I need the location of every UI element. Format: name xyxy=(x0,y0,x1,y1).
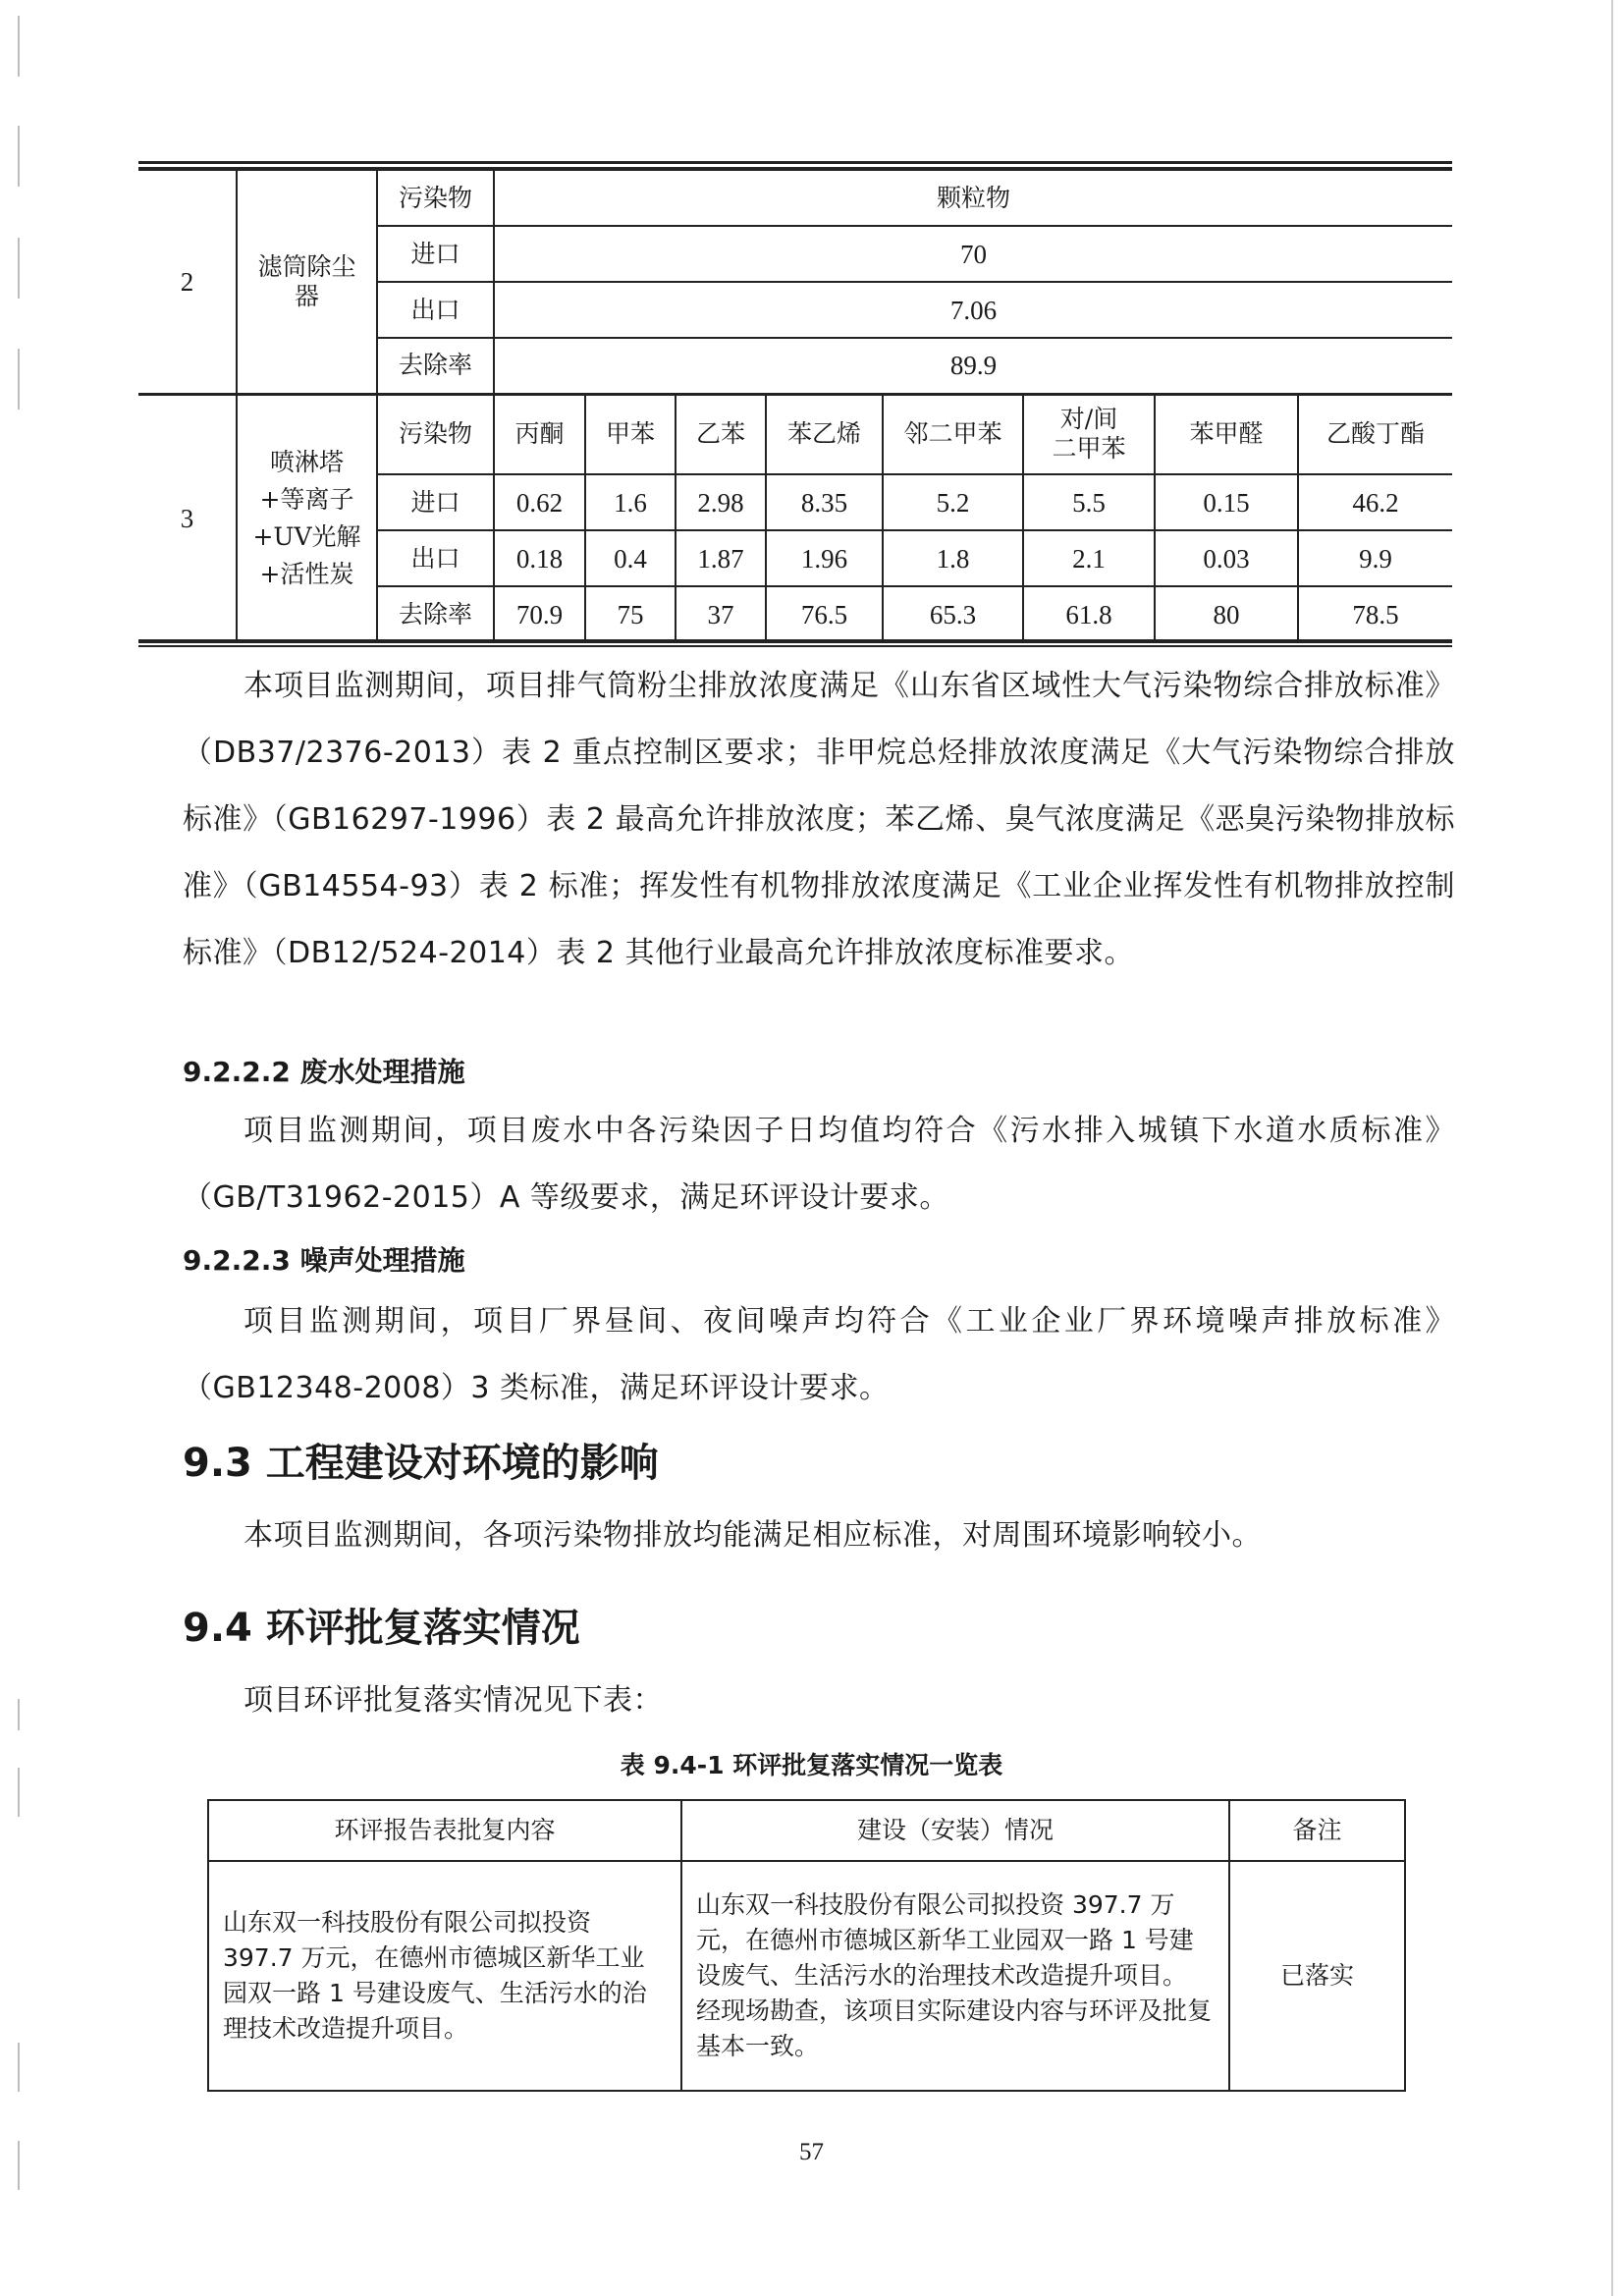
inlet-value: 5.5 xyxy=(1023,474,1155,530)
pollutant-name: 对/间二甲苯 xyxy=(1023,394,1155,474)
pollutant-name: 苯乙烯 xyxy=(766,394,883,474)
outlet-value: 2.1 xyxy=(1023,530,1155,586)
inlet-value: 0.15 xyxy=(1155,474,1298,530)
scan-edge-mark xyxy=(18,1699,20,1730)
removal-rate-value: 76.5 xyxy=(766,586,883,642)
device-name: 滤筒除尘器 xyxy=(237,170,377,394)
pollutant-name: 邻二甲苯 xyxy=(883,394,1023,474)
table-header-row: 环评报告表批复内容 建设（安装）情况 备注 xyxy=(208,1800,1405,1861)
inlet-value: 70 xyxy=(494,226,1452,282)
row-label: 污染物 xyxy=(377,170,494,226)
row-label: 进口 xyxy=(377,226,494,282)
row-number: 3 xyxy=(138,394,237,642)
outlet-value: 0.4 xyxy=(585,530,676,586)
environment-impact-paragraph: 本项目监测期间，各项污染物排放均能满足相应标准，对周围环境影响较小。 xyxy=(183,1503,1455,1569)
outlet-value: 1.96 xyxy=(766,530,883,586)
pollutant-name: 乙苯 xyxy=(676,394,766,474)
row-label: 去除率 xyxy=(377,586,494,642)
pollutant-name: 苯甲醛 xyxy=(1155,394,1298,474)
outlet-value: 0.03 xyxy=(1155,530,1298,586)
scan-edge-mark xyxy=(18,126,20,187)
scan-right-edge xyxy=(1611,0,1613,2296)
column-header: 环评报告表批复内容 xyxy=(208,1800,681,1861)
removal-rate-value: 80 xyxy=(1155,586,1298,642)
wastewater-paragraph: 项目监测期间，项目废水中各污染因子日均值均符合《污水排入城镇下水道水质标准》（G… xyxy=(183,1098,1455,1231)
row-label: 出口 xyxy=(377,530,494,586)
inlet-value: 8.35 xyxy=(766,474,883,530)
construction-status-text: 山东双一科技股份有限公司拟投资 397.7 万元，在德州市德城区新华工业园双一路… xyxy=(696,1887,1215,1994)
section-heading-9222: 9.2.2.2 废水处理措施 xyxy=(183,1051,465,1090)
table-top-double-rule xyxy=(138,161,1452,169)
table-bottom-double-rule xyxy=(138,639,1452,647)
approval-intro-paragraph: 项目环评批复落实情况见下表： xyxy=(183,1667,1455,1734)
approval-implementation-table: 环评报告表批复内容 建设（安装）情况 备注 山东双一科技股份有限公司拟投资 39… xyxy=(207,1799,1406,2092)
removal-rate-value: 70.9 xyxy=(494,586,585,642)
outlet-value: 9.9 xyxy=(1298,530,1452,586)
note-status: 已落实 xyxy=(1229,1861,1405,2091)
inlet-value: 1.6 xyxy=(585,474,676,530)
removal-rate-value: 89.9 xyxy=(494,338,1452,394)
pollutant-name: 颗粒物 xyxy=(494,170,1452,226)
exhaust-compliance-paragraph: 本项目监测期间，项目排气筒粉尘排放浓度满足《山东省区域性大气污染物综合排放标准》… xyxy=(183,653,1455,987)
outlet-value: 0.18 xyxy=(494,530,585,586)
construction-status-text: 经现场勘查，该项目实际建设内容与环评及批复基本一致。 xyxy=(696,1994,1215,2064)
removal-rate-value: 37 xyxy=(676,586,766,642)
inlet-value: 0.62 xyxy=(494,474,585,530)
pollutant-name: 甲苯 xyxy=(585,394,676,474)
table-row: 3 喷淋塔+等离子+UV光解+活性炭 污染物 丙酮 甲苯 乙苯 苯乙烯 邻二甲苯… xyxy=(138,394,1452,474)
approval-content: 山东双一科技股份有限公司拟投资 397.7 万元，在德州市德城区新华工业园双一路… xyxy=(208,1861,681,2091)
table-caption: 表 9.4-1 环评批复落实情况一览表 xyxy=(0,1746,1623,1781)
device-name: 喷淋塔+等离子+UV光解+活性炭 xyxy=(237,394,377,642)
removal-rate-value: 75 xyxy=(585,586,676,642)
scan-edge-mark xyxy=(18,16,20,77)
section-heading-93: 9.3 工程建设对环境的影响 xyxy=(183,1432,659,1488)
outlet-value: 7.06 xyxy=(494,282,1452,338)
pollutant-name: 丙酮 xyxy=(494,394,585,474)
removal-rate-value: 78.5 xyxy=(1298,586,1452,642)
row-label: 污染物 xyxy=(377,394,494,474)
section-heading-9223: 9.2.2.3 噪声处理措施 xyxy=(183,1239,465,1279)
inlet-value: 46.2 xyxy=(1298,474,1452,530)
column-header: 备注 xyxy=(1229,1800,1405,1861)
row-label: 出口 xyxy=(377,282,494,338)
row-label: 去除率 xyxy=(377,338,494,394)
outlet-value: 1.8 xyxy=(883,530,1023,586)
table-row: 2 滤筒除尘器 污染物 颗粒物 xyxy=(138,170,1452,226)
noise-paragraph: 项目监测期间，项目厂界昼间、夜间噪声均符合《工业企业厂界环境噪声排放标准》（GB… xyxy=(183,1288,1455,1422)
table-row: 山东双一科技股份有限公司拟投资 397.7 万元，在德州市德城区新华工业园双一路… xyxy=(208,1861,1405,2091)
pollutant-name: 乙酸丁酯 xyxy=(1298,394,1452,474)
row-number: 2 xyxy=(138,170,237,394)
page-number: 57 xyxy=(0,2139,1623,2166)
column-header: 建设（安装）情况 xyxy=(681,1800,1229,1861)
construction-status: 山东双一科技股份有限公司拟投资 397.7 万元，在德州市德城区新华工业园双一路… xyxy=(681,1861,1229,2091)
section-heading-94: 9.4 环评批复落实情况 xyxy=(183,1597,580,1653)
outlet-value: 1.87 xyxy=(676,530,766,586)
scan-edge-mark xyxy=(18,238,20,299)
scan-edge-mark xyxy=(18,2043,20,2092)
scan-edge-mark xyxy=(18,349,20,410)
removal-rate-value: 65.3 xyxy=(883,586,1023,642)
inlet-value: 2.98 xyxy=(676,474,766,530)
removal-rate-value: 61.8 xyxy=(1023,586,1155,642)
inlet-value: 5.2 xyxy=(883,474,1023,530)
row-label: 进口 xyxy=(377,474,494,530)
